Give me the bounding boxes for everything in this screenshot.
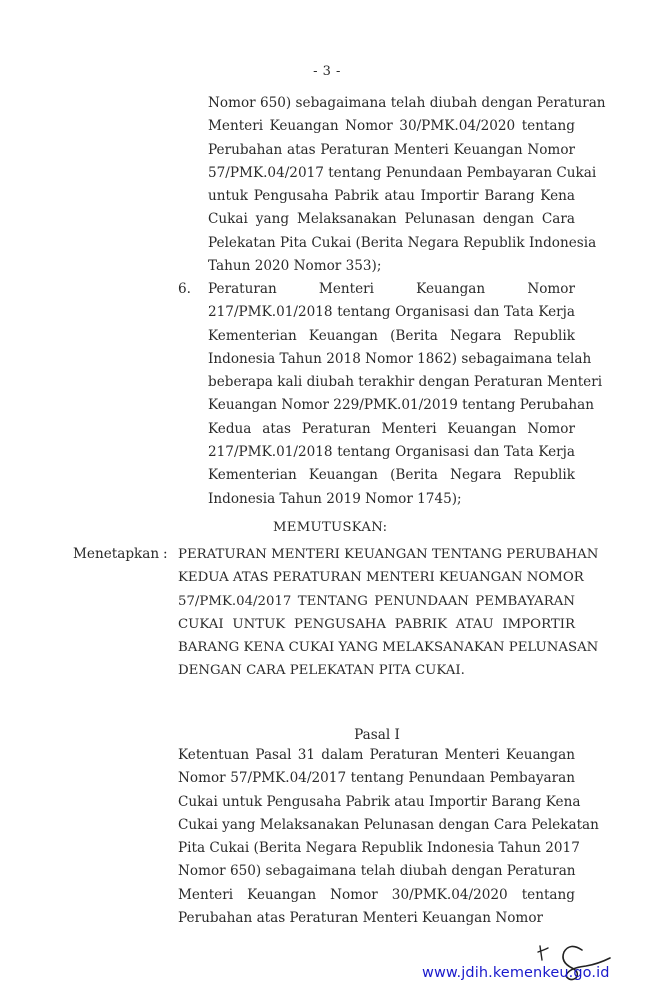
- text-line: Ketentuan Pasal 31 dalam Peraturan Mente…: [178, 744, 575, 767]
- text-line: 217/PMK.01/2018 tentang Organisasi dan T…: [208, 441, 575, 464]
- page-number: - 3 -: [0, 64, 654, 79]
- regulation-title: PERATURAN MENTERI KEUANGAN TENTANG PERUB…: [178, 543, 575, 683]
- text-line: Menteri Keuangan Nomor 30/PMK.04/2020 te…: [208, 115, 575, 138]
- text-line: Nomor 57/PMK.04/2017 tentang Penundaan P…: [178, 767, 575, 790]
- text-line: Indonesia Tahun 2019 Nomor 1745);: [208, 488, 575, 511]
- text-line: PERATURAN MENTERI KEUANGAN TENTANG PERUB…: [178, 543, 575, 566]
- text-line: Tahun 2020 Nomor 353);: [208, 255, 575, 278]
- text-line: Nomor 650) sebagaimana telah diubah deng…: [178, 860, 575, 883]
- text-line: 57/PMK.04/2017 TENTANG PENUNDAAN PEMBAYA…: [178, 590, 575, 613]
- text-line: Kementerian Keuangan (Berita Negara Repu…: [208, 464, 575, 487]
- text-line: CUKAI UNTUK PENGUSAHA PABRIK ATAU IMPORT…: [178, 613, 575, 636]
- text-line: Cukai yang Melaksanakan Pelunasan dengan…: [208, 208, 575, 231]
- text-line: Cukai untuk Pengusaha Pabrik atau Import…: [178, 791, 575, 814]
- menetapkan-label: Menetapkan: [73, 543, 159, 566]
- text-line: Keuangan Nomor 229/PMK.01/2019 tentang P…: [208, 394, 575, 417]
- footer-website-link[interactable]: www.jdih.kemenkeu.go.id: [422, 965, 610, 981]
- text-line: beberapa kali diubah terakhir dengan Per…: [208, 371, 575, 394]
- consideration-continuation: Nomor 650) sebagaimana telah diubah deng…: [208, 92, 575, 278]
- menetapkan-colon: :: [163, 543, 168, 566]
- text-line: Kedua atas Peraturan Menteri Keuangan No…: [208, 418, 575, 441]
- article-title: Pasal I: [0, 726, 654, 744]
- text-line: DENGAN CARA PELEKATAN PITA CUKAI.: [178, 659, 575, 682]
- decision-heading: MEMUTUSKAN:: [273, 520, 387, 535]
- text-line: 57/PMK.04/2017 tentang Penundaan Pembaya…: [208, 162, 575, 185]
- text-line: Perubahan atas Peraturan Menteri Keuanga…: [178, 907, 575, 930]
- text-line: Nomor 650) sebagaimana telah diubah deng…: [208, 92, 575, 115]
- text-line: untuk Pengusaha Pabrik atau Importir Bar…: [208, 185, 575, 208]
- text-line: Pita Cukai (Berita Negara Republik Indon…: [178, 837, 575, 860]
- text-line: Menteri Keuangan Nomor 30/PMK.04/2020 te…: [178, 884, 575, 907]
- text-line: Perubahan atas Peraturan Menteri Keuanga…: [208, 139, 575, 162]
- list-item-number: 6.: [178, 278, 191, 301]
- article-body: Ketentuan Pasal 31 dalam Peraturan Mente…: [178, 744, 575, 930]
- text-line: Indonesia Tahun 2018 Nomor 1862) sebagai…: [208, 348, 575, 371]
- text-line: 217/PMK.01/2018 tentang Organisasi dan T…: [208, 301, 575, 324]
- text-line: Peraturan Menteri Keuangan Nomor: [208, 278, 575, 301]
- text-line: Kementerian Keuangan (Berita Negara Repu…: [208, 325, 575, 348]
- text-line: BARANG KENA CUKAI YANG MELAKSANAKAN PELU…: [178, 636, 575, 659]
- text-line: Pelekatan Pita Cukai (Berita Negara Repu…: [208, 232, 575, 255]
- text-line: Cukai yang Melaksanakan Pelunasan dengan…: [178, 814, 575, 837]
- list-item-6-text: Peraturan Menteri Keuangan Nomor217/PMK.…: [208, 278, 575, 511]
- text-line: KEDUA ATAS PERATURAN MENTERI KEUANGAN NO…: [178, 566, 575, 589]
